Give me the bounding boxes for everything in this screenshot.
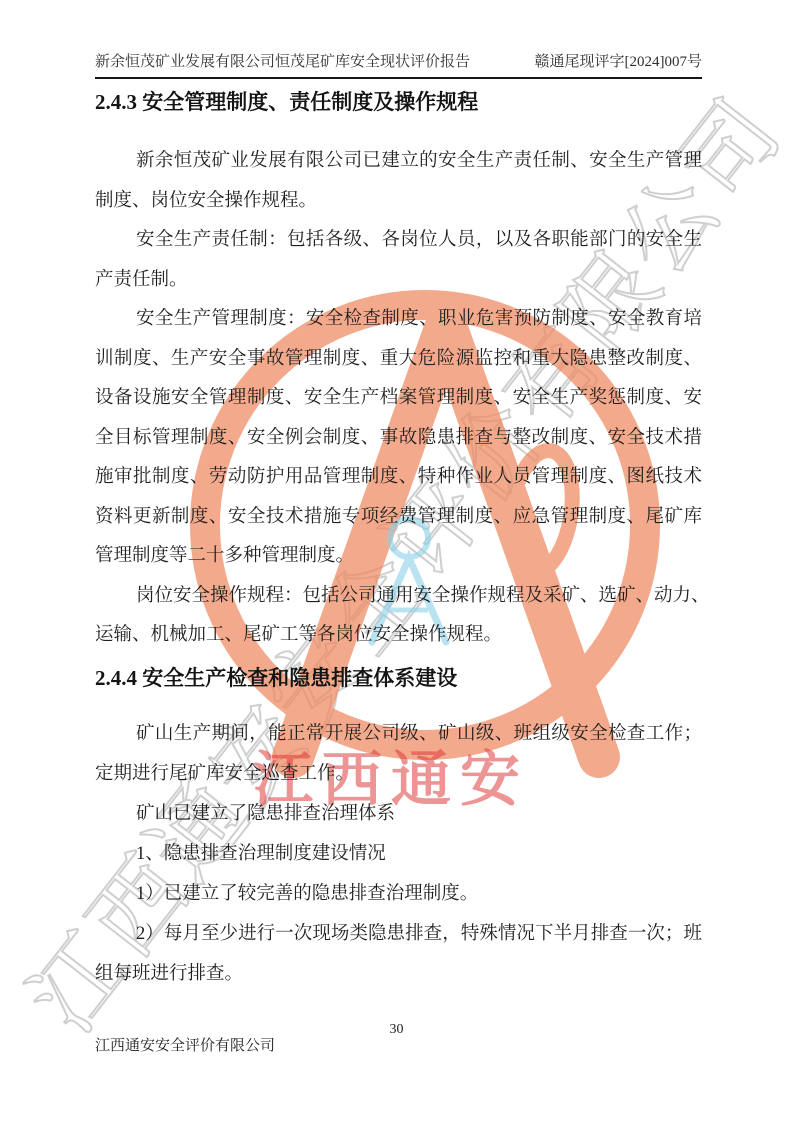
section-heading: 2.4.3 安全管理制度、责任制度及操作规程 [95,88,735,116]
body-line: 训制度、生产安全事故管理制度、重大危险源监控和重大隐患整改制度、 [95,339,702,379]
body-line: 设备设施安全管理制度、安全生产档案管理制度、安全生产奖惩制度、安 [95,378,702,418]
body-line: 1、隐患排查治理制度建设情况 [95,834,702,874]
page-header: 新余恒茂矿业发展有限公司恒茂尾矿库安全现状评价报告 赣通尾现评字[2024]00… [95,50,702,71]
body-line: 1）已建立了较完善的隐患排查治理制度。 [95,874,702,914]
body-line: 新余恒茂矿业发展有限公司已建立的安全生产责任制、安全生产管理 [95,141,702,181]
body-line: 定期进行尾矿库安全巡查工作。 [95,754,702,794]
body-line: 资料更新制度、安全技术措施专项经费管理制度、应急管理制度、尾矿库 [95,497,702,537]
header-rule [95,77,702,79]
body-line: 组每班进行排查。 [95,954,702,994]
body-line: 安全生产管理制度：安全检查制度、职业危害预防制度、安全教育培 [95,299,702,339]
body-line: 运输、机械加工、尾矿工等各岗位安全操作规程。 [95,615,702,655]
body-line: 2）每月至少进行一次现场类隐患排查，特殊情况下半月排查一次；班 [95,914,702,954]
body-line: 施审批制度、劳动防护用品管理制度、特种作业人员管理制度、图纸技术 [95,457,702,497]
body-line: 矿山生产期间，能正常开展公司级、矿山级、班组级安全检查工作； [95,714,702,754]
body-line: 安全生产责任制：包括各级、各岗位人员，以及各职能部门的安全生 [95,220,702,260]
body-line: 矿山已建立了隐患排查治理体系 [95,794,702,834]
section-heading: 2.4.4 安全生产检查和隐患排查体系建设 [95,664,735,692]
body-line: 产责任制。 [95,260,702,300]
body-line: 管理制度等二十多种管理制度。 [95,536,702,576]
body-line: 全目标管理制度、安全例会制度、事故隐患排查与整改制度、安全技术措 [95,418,702,458]
document-page: 江西通安安全评价有限公司 江西通安 新余恒茂矿业发展有限公司恒茂尾矿库安全现状评… [0,0,793,1122]
header-report-title: 新余恒茂矿业发展有限公司恒茂尾矿库安全现状评价报告 [95,50,470,71]
header-doc-number: 赣通尾现评字[2024]007号 [535,50,703,71]
footer-company-name: 江西通安安全评价有限公司 [95,1034,275,1055]
body-line: 岗位安全操作规程：包括公司通用安全操作规程及采矿、选矿、动力、 [95,576,702,616]
body-line: 制度、岗位安全操作规程。 [95,181,702,221]
